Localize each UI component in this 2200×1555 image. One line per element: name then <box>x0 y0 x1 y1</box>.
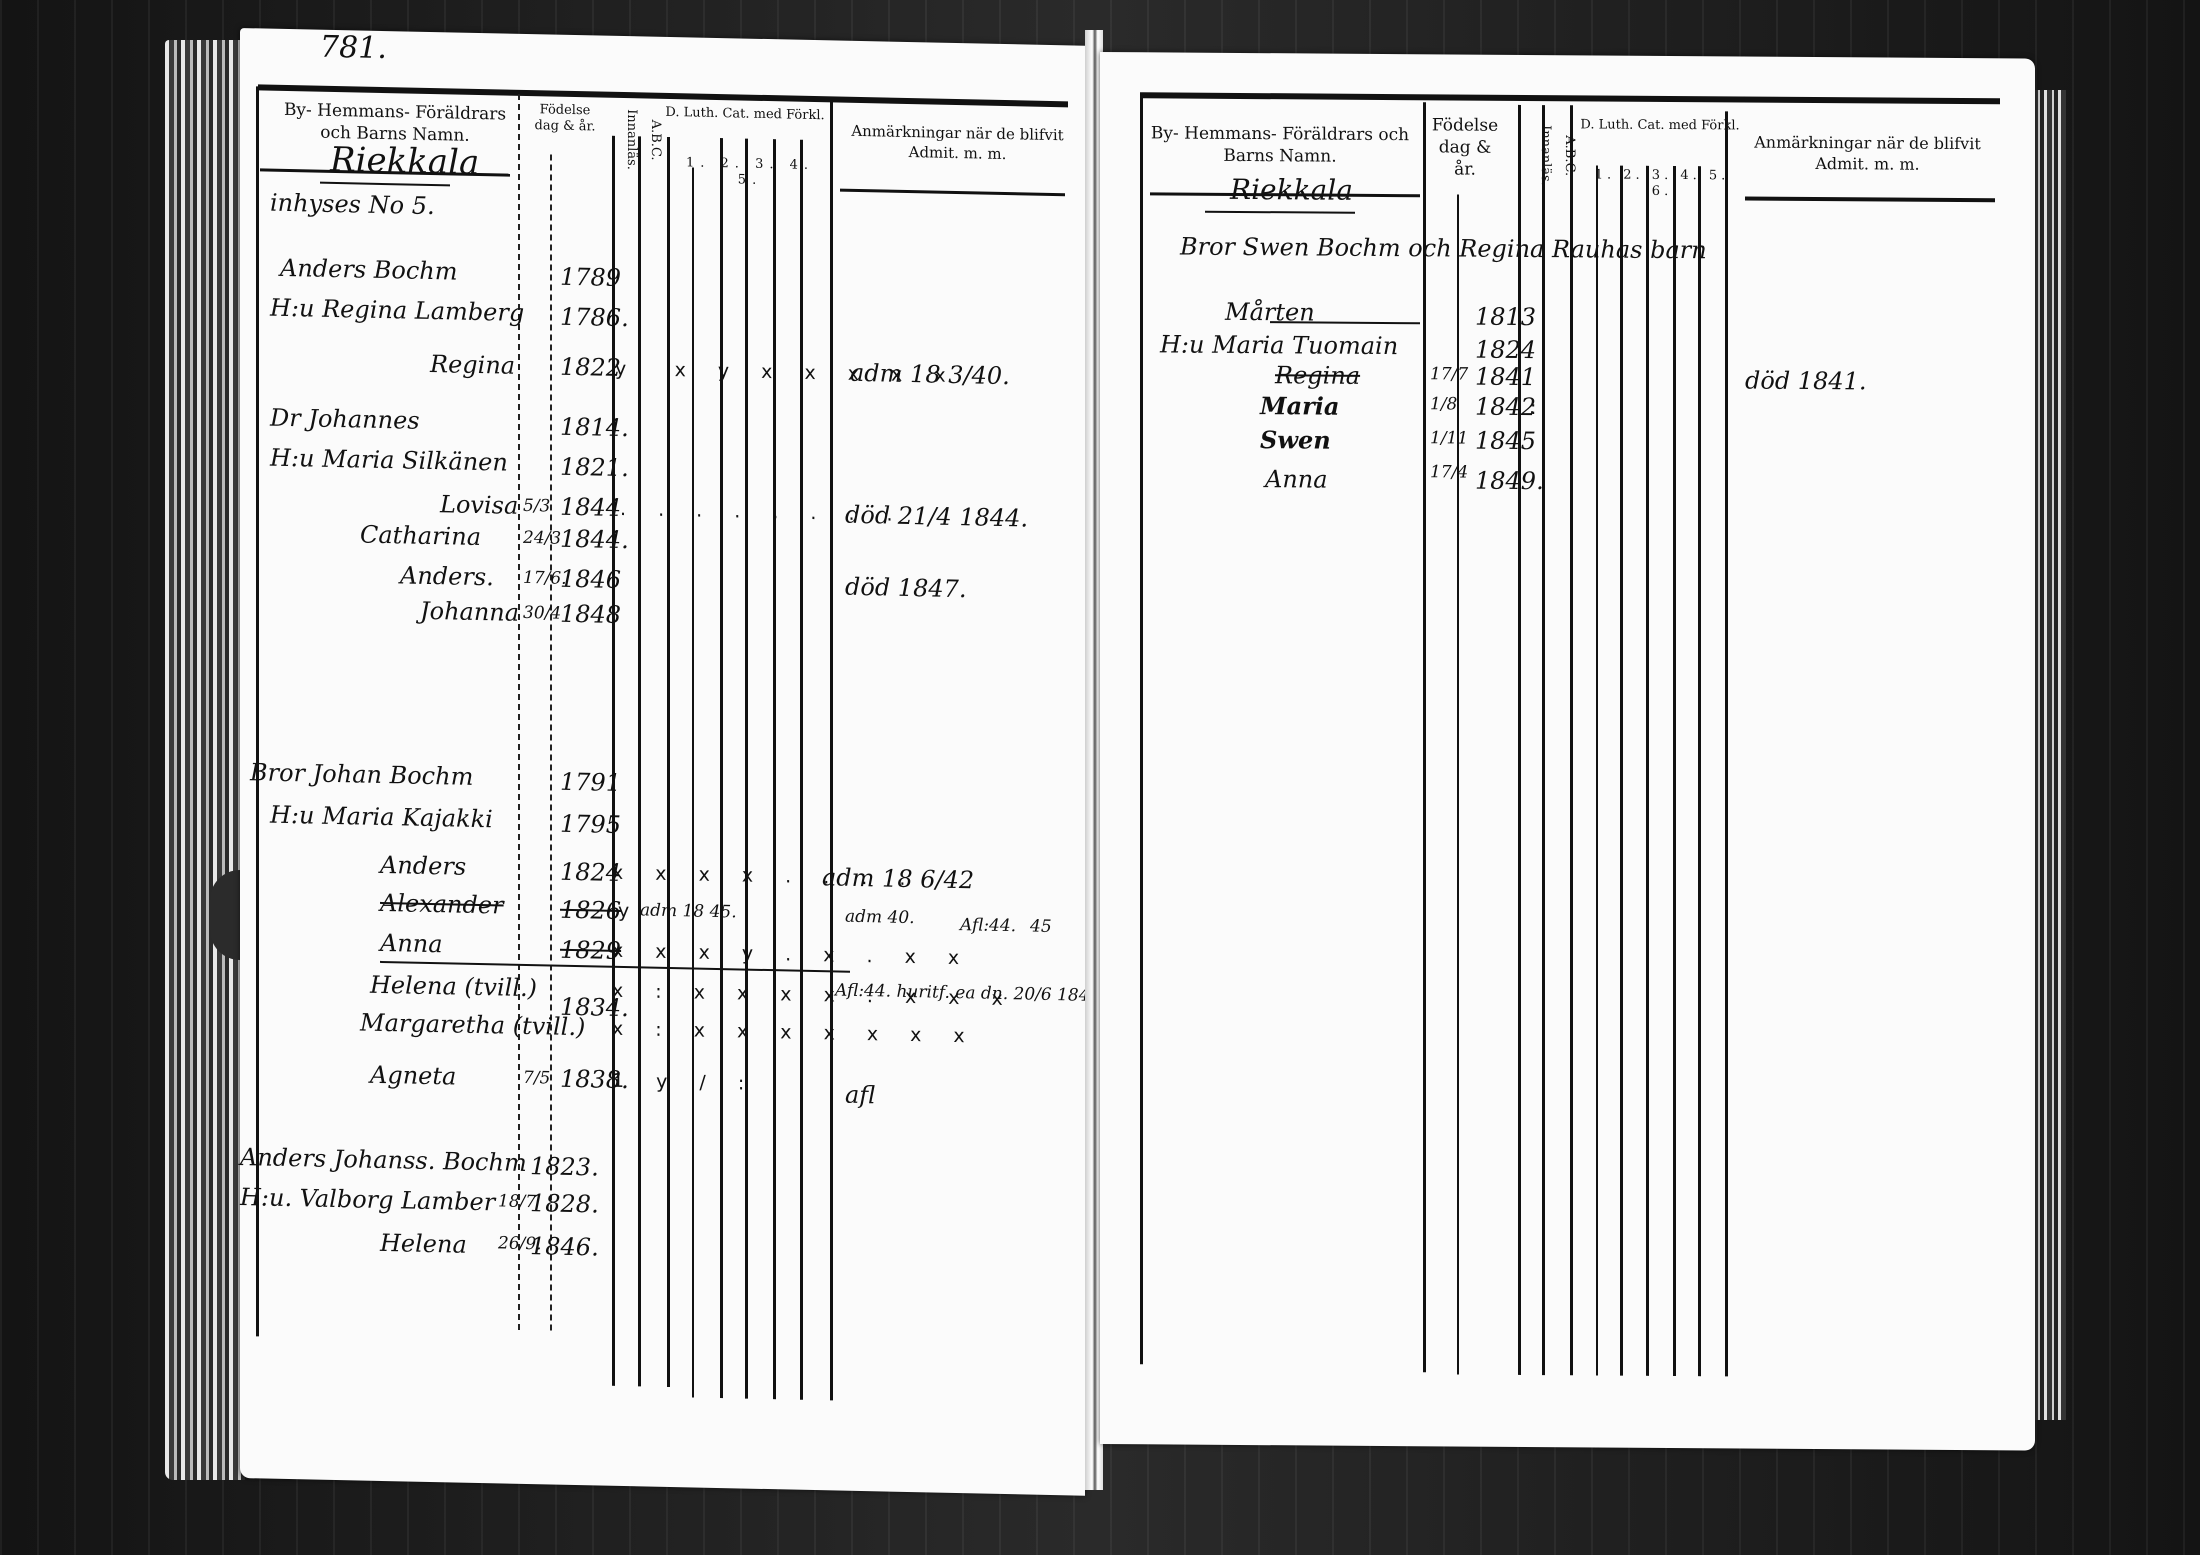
person-name: Maria <box>1260 391 1339 421</box>
cat-col-2: 2. <box>721 156 745 172</box>
person-name: Anna <box>380 929 443 958</box>
remark-extra: 45 <box>1030 917 1052 937</box>
birth-year: 1846. <box>530 1232 599 1261</box>
person-name: H:u Maria Kajakki <box>270 801 493 834</box>
column-line <box>1725 111 1728 1376</box>
column-line <box>1673 166 1676 1376</box>
birth-year: 1841 <box>1475 363 1536 391</box>
person-name-struck: Alexander <box>380 889 504 920</box>
birth-year: 1822 <box>560 353 621 382</box>
remark-extra: adm 40. <box>845 907 915 928</box>
birth-year: 1824 <box>1475 336 1536 364</box>
column-line <box>1620 166 1623 1376</box>
header-abc: A.B.C. <box>1558 115 1580 195</box>
column-line <box>667 137 670 1387</box>
right-page: By- Hemmans- Föräldrars och Barns Namn. … <box>1100 52 2035 1451</box>
person-name: Bror Johan Bochm <box>250 758 473 791</box>
header-bottom-rule-remarks <box>1745 197 1995 203</box>
person-name: Anders Bochm <box>280 254 458 286</box>
header-top-rule <box>1140 92 2000 104</box>
header-birth: Födelse dag & år. <box>1430 114 1500 180</box>
person-name: Margaretha (tvill.) <box>360 1009 585 1042</box>
person-name: H:u. Valborg Lamber <box>240 1183 495 1216</box>
header-catechism-cols: 1. 2. 3. 4. 5. 6. <box>1582 167 1742 200</box>
birth-year: 1849. <box>1475 467 1544 495</box>
column-line <box>720 138 723 1398</box>
remark: adm 18 45. <box>640 900 737 922</box>
village-underline <box>1205 211 1355 214</box>
birth-year: 1844 <box>560 493 621 522</box>
person-name: H:u Maria Silkänen <box>270 444 508 477</box>
village-name: Riekkala <box>330 140 479 183</box>
header-abc: A.B.C. <box>644 104 666 174</box>
catechism-marks: : : <box>1530 397 1588 419</box>
header-catechism-cols: 1. 2. 3. 4. 5. <box>670 155 830 190</box>
person-name-struck: Regina <box>1275 361 1360 390</box>
remark: död 1841. <box>1745 367 1867 396</box>
left-frame-line <box>1140 94 1143 1364</box>
birth-year: 1791 <box>560 768 621 797</box>
birth-year: 1789 <box>560 263 621 292</box>
left-page: 781. By- Hemmans- Föräldrars och Barns N… <box>240 28 1085 1496</box>
person-name: Anders <box>380 851 466 881</box>
column-line <box>1518 105 1521 1375</box>
village-name: Riekkala <box>1230 173 1353 207</box>
birth-year: 1846 <box>560 565 621 594</box>
column-line <box>773 139 776 1399</box>
remark: död 21/4 1844. <box>845 501 1028 533</box>
birth-year: 1842 <box>1475 393 1536 421</box>
book-page-edges-right <box>2030 90 2066 1420</box>
birth-year: 1844. <box>560 525 629 554</box>
birth-year: 1821. <box>560 453 629 482</box>
column-line <box>800 140 803 1400</box>
person-name: Anna <box>1265 465 1328 493</box>
catechism-marks: 1 y / : <box>612 1070 757 1095</box>
birth-day: 24/3 <box>523 528 561 549</box>
cat-col-3: 3. <box>1652 168 1672 183</box>
column-line <box>1423 102 1426 1372</box>
birth-year: 1795 <box>560 810 621 839</box>
birth-year: 1845 <box>1475 427 1536 455</box>
birth-year: 1823. <box>530 1152 599 1181</box>
birth-day: 1/11 <box>1430 428 1468 448</box>
column-line <box>1596 165 1598 1375</box>
header-remarks: Anmärkningar när de blifvit Admit. m. m. <box>1745 132 1990 176</box>
cat-col-1: 1. <box>686 155 710 171</box>
person-name: Agneta <box>370 1061 456 1091</box>
person-name: Swen <box>1260 425 1331 454</box>
column-line <box>745 139 748 1399</box>
column-line <box>1646 166 1649 1376</box>
column-line <box>830 100 833 1400</box>
person-name: Anders. <box>400 561 494 591</box>
person-name: Johanna <box>420 597 519 627</box>
column-line <box>1570 105 1573 1375</box>
catechism-marks: y <box>618 900 642 923</box>
person-name: Regina <box>430 350 515 380</box>
family-heading: Bror Swen Bochm och Regina Rauhas barn <box>1180 233 1707 265</box>
birth-year: 1814. <box>560 413 629 442</box>
birth-year: 1786. <box>560 303 629 332</box>
person-name: Dr Johannes <box>270 404 420 435</box>
birth-day: 1/8 <box>1430 394 1457 414</box>
birth-day: 7/5 <box>523 1068 550 1089</box>
village-underline <box>320 182 450 187</box>
person-name: Catharina <box>360 521 481 552</box>
column-line <box>1698 166 1701 1376</box>
birth-day: 17/7 <box>1430 364 1468 384</box>
cat-col-6: 6. <box>1652 184 1672 199</box>
column-line <box>692 167 694 1397</box>
page-number: 781. <box>320 30 387 66</box>
birth-day: 5/3 <box>523 496 550 517</box>
birth-day: 17/4 <box>1430 462 1468 482</box>
person-name: Helena <box>380 1229 467 1259</box>
header-innanlas: Innanläs. <box>1534 115 1556 195</box>
person-name: Helena (tvill.) <box>370 971 537 1002</box>
remark: adm 18 6/42 <box>822 863 974 894</box>
person-name: H:u Maria Tuomain <box>1160 330 1398 360</box>
birth-year: 1828. <box>530 1189 599 1218</box>
remark: Afl:44. <box>960 915 1016 936</box>
header-bottom-rule-remarks <box>840 189 1065 197</box>
column-line <box>1542 105 1545 1375</box>
header-remarks: Anmärkningar när de blifvit Admit. m. m. <box>850 121 1065 166</box>
person-name: Anders Johanss. Bochm <box>240 1143 527 1177</box>
book-page-edges-left <box>165 40 245 1480</box>
person-name: Lovisa <box>440 490 518 520</box>
birth-year: 1813 <box>1475 303 1536 331</box>
cat-col-5: 5. <box>738 172 762 188</box>
remark: afl <box>845 1081 875 1110</box>
birth-year: 1848 <box>560 600 621 629</box>
column-line <box>638 136 641 1386</box>
person-name: H:u Regina Lamberg <box>270 294 524 327</box>
remark: adm 18 3/40. <box>850 359 1010 390</box>
farm-label: inhyses No 5. <box>270 189 435 220</box>
cat-col-2: 2. <box>1623 168 1643 183</box>
header-names: By- Hemmans- Föräldrars och Barns Namn. <box>1150 122 1410 168</box>
remark: död 1847. <box>845 573 967 604</box>
birth-year: 1826 <box>560 896 621 925</box>
header-catechism: D. Luth. Cat. med Förkl. <box>665 105 825 124</box>
header-birth: Födelse dag & år. <box>530 102 600 135</box>
birth-day: 30/4 <box>523 603 561 624</box>
header-catechism: D. Luth. Cat. med Förkl. <box>1580 117 1740 134</box>
